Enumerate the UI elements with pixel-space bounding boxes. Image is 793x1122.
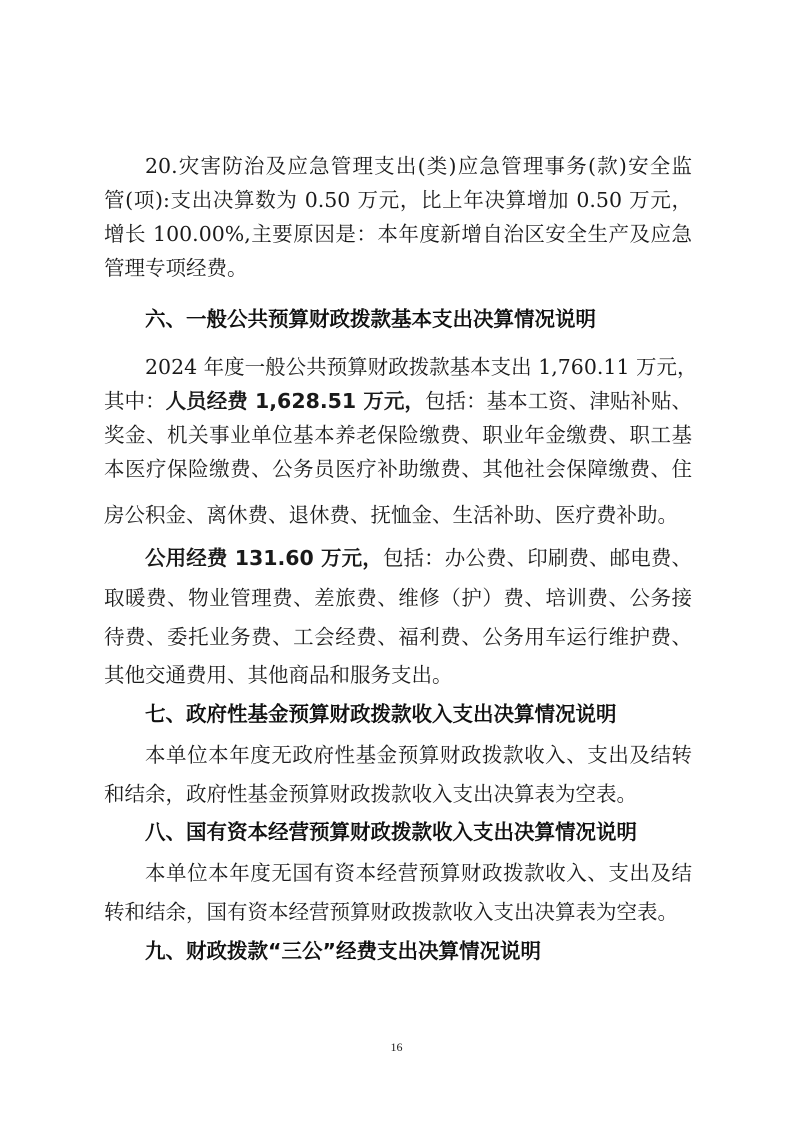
document-page: 20.灾害防治及应急管理支出(类)应急管理事务(款)安全监 管(项):支出决算数… (0, 0, 793, 1122)
line-suffix: 包括：办公费、印刷费、邮电费、 (383, 546, 692, 570)
item20-line-4: 管理专项经费。 (104, 253, 692, 283)
section-6-p1-line-3: 奖金、机关事业单位基本养老保险缴费、职业年金缴费、职工基 (104, 420, 692, 450)
item20-line-2: 管(项):支出决算数为 0.50 万元，比上年决算增加 0.50 万元， (104, 185, 692, 215)
personnel-expense-bold: 人员经费 1,628.51 万元， (166, 389, 425, 413)
line-prefix: 其中： (104, 389, 166, 413)
section-6-p1-line-4: 本医疗保险缴费、公务员医疗补助缴费、其他社会保障缴费、住 (104, 454, 692, 484)
section-6-p2-line-1: 公用经费 131.60 万元，包括：办公费、印刷费、邮电费、 (145, 543, 692, 573)
item20-line-3: 增长 100.00%,主要原因是：本年度新增自治区安全生产及应急 (104, 219, 692, 249)
section-6-p2-line-4: 其他交通费用、其他商品和服务支出。 (104, 660, 692, 690)
section-6-p1-line-1: 2024 年度一般公共预算财政拨款基本支出 1,760.11 万元， (145, 352, 692, 382)
section-8-line-2: 转和结余，国有资本经营预算财政拨款收入支出决算表为空表。 (104, 897, 692, 927)
section-7-line-2: 和结余，政府性基金预算财政拨款收入支出决算表为空表。 (104, 779, 692, 809)
section-6-p1-line-5: 房公积金、离休费、退休费、抚恤金、生活补助、医疗费补助。 (104, 500, 692, 530)
section-7-heading: 七、政府性基金预算财政拨款收入支出决算情况说明 (145, 699, 617, 729)
item20-line-1: 20.灾害防治及应急管理支出(类)应急管理事务(款)安全监 (145, 151, 692, 181)
section-8-line-1: 本单位本年度无国有资本经营预算财政拨款收入、支出及结 (145, 858, 692, 888)
section-9-heading: 九、财政拨款“三公”经费支出决算情况说明 (145, 936, 541, 966)
line-suffix: 包括：基本工资、津贴补贴、 (425, 389, 692, 413)
page-number: 16 (0, 1040, 793, 1055)
section-6-heading: 六、一般公共预算财政拨款基本支出决算情况说明 (145, 304, 596, 334)
public-expense-bold: 公用经费 131.60 万元， (145, 546, 383, 570)
section-8-heading: 八、国有资本经营预算财政拨款收入支出决算情况说明 (145, 817, 637, 847)
section-6-p2-line-3: 待费、委托业务费、工会经费、福利费、公务用车运行维护费、 (104, 622, 692, 652)
section-6-p2-line-2: 取暖费、物业管理费、差旅费、维修（护）费、培训费、公务接 (104, 583, 692, 613)
section-7-line-1: 本单位本年度无政府性基金预算财政拨款收入、支出及结转 (145, 740, 692, 770)
section-6-p1-line-2: 其中：人员经费 1,628.51 万元，包括：基本工资、津贴补贴、 (104, 386, 692, 416)
